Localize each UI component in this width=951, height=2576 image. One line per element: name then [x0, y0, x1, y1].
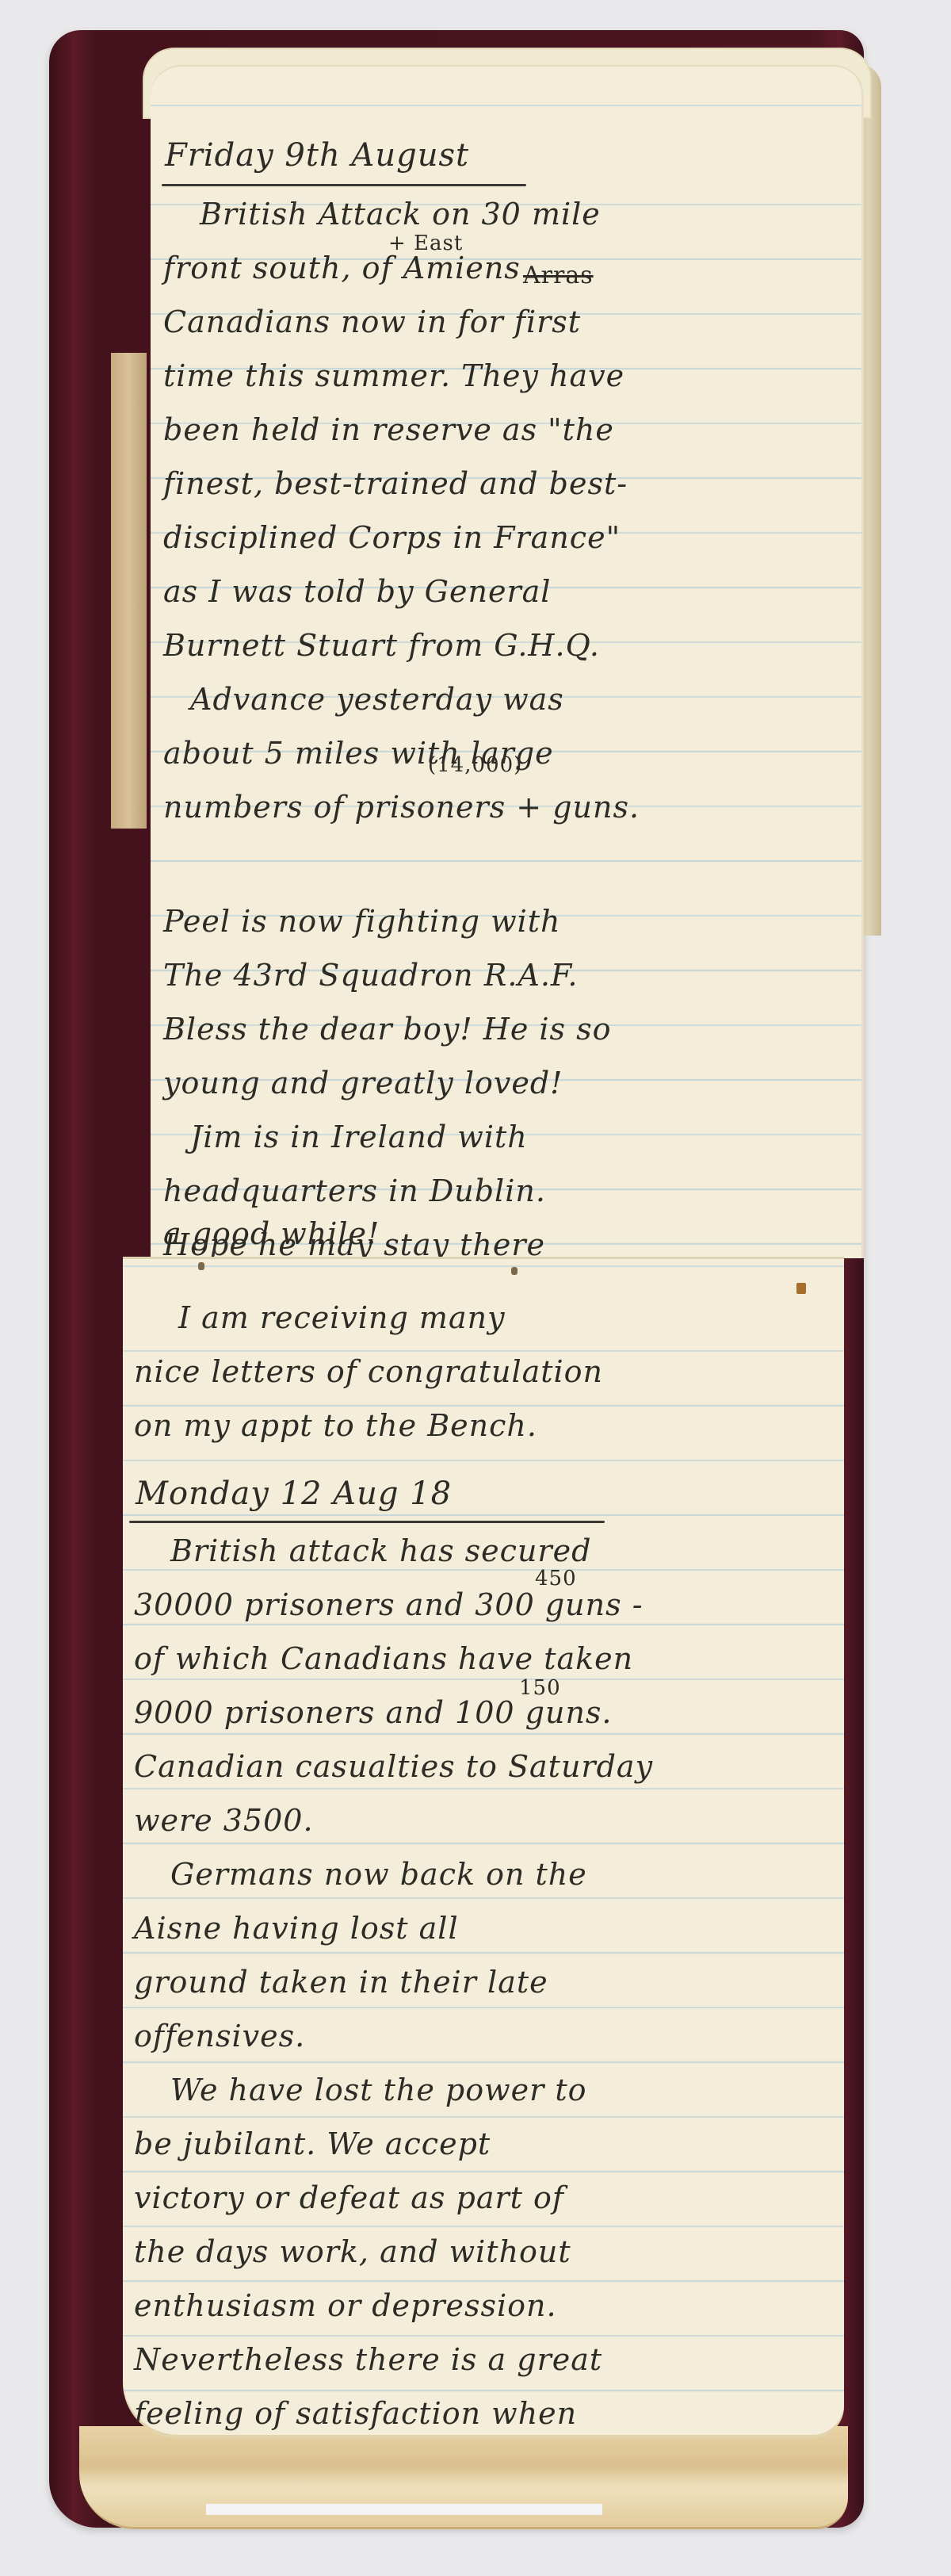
text-line: ground taken in their late	[134, 1955, 548, 2009]
text-line: be jubilant. We accept	[134, 2117, 491, 2171]
text-line: Burnett Stuart from G.H.Q.	[163, 618, 600, 672]
text-line: Aisne having lost all	[134, 1901, 459, 1955]
struck-word: Arras	[523, 262, 594, 289]
text-line: nice letters of congratulation	[134, 1345, 603, 1399]
text-line: disciplined Corps in France"	[163, 511, 621, 565]
text-line: victory or defeat as part of	[134, 2171, 564, 2225]
text-line: Bless the dear boy! He is so	[163, 1002, 612, 1056]
text-line: a good while!	[163, 1207, 380, 1261]
heading-underline	[162, 184, 526, 186]
text-line: front south, of Amiens	[163, 241, 521, 295]
text-line: The 43rd Squadron R.A.F.	[163, 948, 578, 1002]
binding-hole	[511, 1267, 518, 1275]
text-line: We have lost the power to	[170, 2063, 587, 2117]
text-line: time this summer. They have	[163, 349, 624, 403]
text-line: as I was told by General	[163, 565, 551, 618]
text-line: offensives.	[134, 2009, 305, 2063]
correction-new: 150	[519, 1676, 561, 1700]
insertion-east: + East	[388, 232, 463, 255]
text-line: Advance yesterday was	[190, 672, 564, 726]
text-line: been held in reserve as "the	[163, 403, 614, 457]
page-stack-white-sheet	[206, 2504, 602, 2515]
text-line: young and greatly loved!	[163, 1056, 563, 1110]
ink-stain	[796, 1283, 806, 1294]
text-line: Canadian casualties to Saturday	[134, 1740, 653, 1793]
heading-underline	[129, 1521, 605, 1523]
text-line: Nevertheless there is a great	[134, 2333, 602, 2387]
correction-new: 450	[535, 1567, 577, 1590]
entry-heading: Friday 9th August	[165, 128, 469, 182]
text-line: feeling of satisfaction when	[134, 2387, 577, 2438]
page-edge-left	[111, 353, 147, 829]
entry-heading: Monday 12 Aug 18	[136, 1467, 452, 1521]
text-line: the days work, and without	[134, 2225, 571, 2279]
prisoners-note: (14,000)	[428, 753, 522, 777]
text-line: British attack has secured	[170, 1524, 591, 1578]
text-line: finest, best-trained and best-	[163, 457, 628, 511]
text-line: I am receiving many	[178, 1291, 506, 1345]
binding-hole	[198, 1262, 204, 1270]
text-line: numbers of prisoners + guns.	[163, 780, 640, 834]
text-line: enthusiasm or depression.	[134, 2279, 557, 2333]
text-line: Canadians now in for first	[163, 295, 581, 349]
text-line: on my appt to the Bench.	[134, 1399, 537, 1453]
text-line: Germans now back on the	[170, 1847, 587, 1901]
text-line: Jim is in Ireland with	[190, 1110, 528, 1164]
text-line: Peel is now fighting with	[163, 894, 561, 948]
diary-page-2: I am receiving many nice letters of cong…	[123, 1257, 844, 2438]
text-line: were 3500.	[134, 1793, 314, 1847]
diary-page-1: Friday 9th August British Attack on 30 m…	[151, 65, 864, 1258]
